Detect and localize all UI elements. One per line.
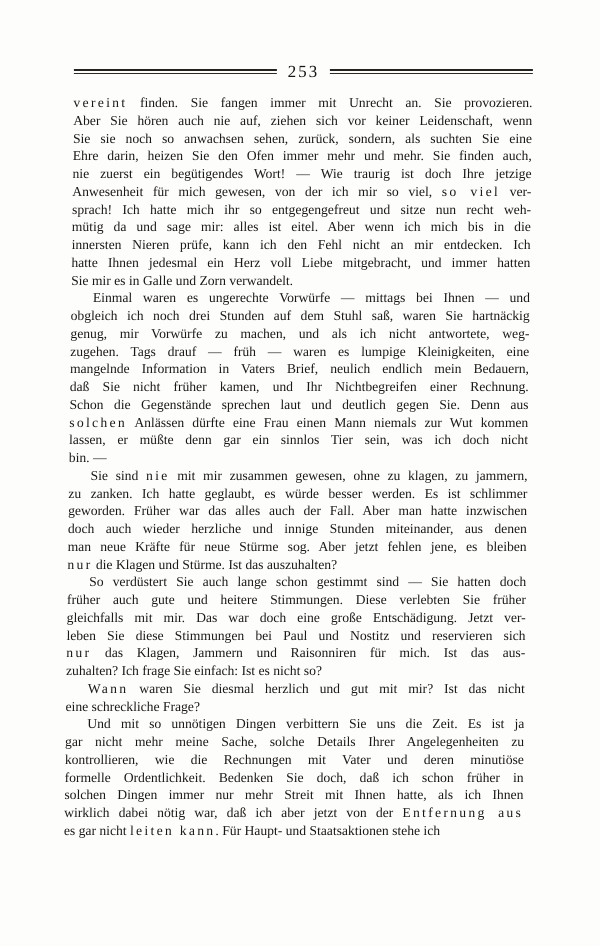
text-segment: So verdüstert Sie auch lange schon gesti… bbox=[89, 574, 526, 589]
book-page: 253 vereint finden. Sie fangen immer mit… bbox=[0, 0, 600, 946]
text-line: Anwesenheit für mich gewesen, von der ic… bbox=[72, 183, 531, 201]
text-segment: eine schreckliche Frage? bbox=[65, 699, 200, 714]
text-line: So verdüstert Sie auch lange schon gesti… bbox=[67, 573, 526, 591]
text-line: Schon die Gegenstände sprechen laut und … bbox=[69, 396, 528, 414]
text-segment: zugehen. Tags drauf — früh — waren es lu… bbox=[70, 344, 529, 359]
text-line: eine schreckliche Frage? bbox=[65, 698, 524, 716]
letterspaced-emphasis-text: nur bbox=[66, 645, 91, 660]
text-line: geworden. Früher war das alles auch der … bbox=[68, 502, 527, 520]
text-segment: waren Sie diesmal herzlich und gut mit m… bbox=[128, 681, 525, 696]
text-line: nie zuerst ein begütigendes Wort! — Wie … bbox=[72, 165, 531, 183]
letterspaced-emphasis-text: so viel bbox=[442, 184, 500, 199]
text-line: doch auch wieder herzliche und innige St… bbox=[68, 520, 527, 538]
text-line: gleichfalls mit mir. Das war doch eine g… bbox=[67, 609, 526, 627]
text-line: obgleich ich noch drei Stunden auf dem S… bbox=[71, 307, 530, 325]
text-line: innersten Nieren prüfe, kann ich den Feh… bbox=[72, 236, 531, 254]
text-segment: Sie sind bbox=[91, 468, 147, 483]
text-line: mütig da und sage mir: alles ist eitel. … bbox=[72, 218, 531, 236]
text-line: lassen, er müßte denn gar ein sinnlos Ti… bbox=[69, 431, 528, 449]
text-line: sprach! Ich hatte mich ihr so entgegenge… bbox=[72, 201, 531, 219]
text-line: Einmal waren es ungerechte Vorwürfe — mi… bbox=[71, 289, 530, 307]
text-segment: kontrollieren, wie die Rechnungen mit Va… bbox=[65, 752, 524, 767]
text-segment: Sie mir es in Galle und Zorn verwandelt. bbox=[71, 273, 293, 288]
text-segment: bin. — bbox=[69, 450, 107, 465]
letterspaced-emphasis-text: Entfernung aus bbox=[402, 805, 523, 820]
text-segment: finden. Sie fangen immer mit Unrecht an.… bbox=[127, 95, 532, 110]
text-line: zuhalten? Ich frage Sie einfach: Ist es … bbox=[66, 662, 525, 680]
text-line: mangelnde Information in Vaters Brief, n… bbox=[70, 360, 529, 378]
text-line: zugehen. Tags drauf — früh — waren es lu… bbox=[70, 343, 529, 361]
text-segment: nie zuerst ein begütigendes Wort! — Wie … bbox=[72, 166, 531, 181]
text-segment: ver- bbox=[500, 184, 531, 199]
text-segment: hatte Ihnen jedesmal ein Herz voll Liebe… bbox=[71, 255, 530, 270]
text-segment: Ehre darin, heizen Sie den Ofen immer me… bbox=[73, 148, 532, 163]
text-line: vereint finden. Sie fangen immer mit Unr… bbox=[73, 94, 532, 112]
text-segment: sprach! Ich hatte mich ihr so entgegenge… bbox=[72, 202, 531, 217]
text-segment: früher auch gute und heitere Stimmungen.… bbox=[67, 592, 526, 607]
letterspaced-emphasis-text: vereint bbox=[73, 95, 127, 110]
text-line: Ehre darin, heizen Sie den Ofen immer me… bbox=[73, 147, 532, 165]
text-segment: solchen Dingen immer nur mehr Streit mit… bbox=[64, 787, 523, 802]
text-segment: Anwesenheit für mich gewesen, von der ic… bbox=[72, 184, 442, 199]
text-segment: Und mit so unnötigen Dingen verbittern S… bbox=[87, 716, 524, 731]
text-line: man neue Kräfte für neue Stürme sog. Abe… bbox=[68, 538, 527, 556]
text-line: Sie sie noch so anwachsen sehen, zurück,… bbox=[73, 130, 532, 148]
text-line: solchen Anlässen dürfte eine Frau einen … bbox=[69, 414, 528, 432]
header-rule-right bbox=[330, 69, 533, 74]
text-segment: daß Sie nicht früher kamen, und Ihr Nich… bbox=[70, 379, 529, 394]
text-segment: mangelnde Information in Vaters Brief, n… bbox=[70, 361, 529, 376]
text-segment: . Für Haupt- und Staatsaktionen stehe ic… bbox=[215, 823, 440, 838]
text-segment: Einmal waren es ungerechte Vorwürfe — mi… bbox=[93, 290, 530, 305]
text-segment: mütig da und sage mir: alles ist eitel. … bbox=[72, 219, 531, 234]
paragraph: Und mit so unnötigen Dingen verbittern S… bbox=[64, 715, 525, 839]
letterspaced-emphasis-text: nur bbox=[67, 557, 92, 572]
paragraph: Wann waren Sie diesmal herzlich und gut … bbox=[65, 680, 524, 716]
text-segment: die Klagen und Stürme. Ist das auszuhalt… bbox=[92, 557, 337, 572]
text-line: formelle Ordentlichkeit. Bedenken Sie do… bbox=[65, 769, 524, 787]
paragraph: So verdüstert Sie auch lange schon gesti… bbox=[66, 573, 526, 680]
text-segment: gar nicht mehr meine Sache, solche Detai… bbox=[65, 734, 524, 749]
text-line: gar nicht mehr meine Sache, solche Detai… bbox=[65, 733, 524, 751]
text-segment: genug, mir Vorwürfe zu machen, und als i… bbox=[70, 326, 529, 341]
text-segment: Aber Sie hören auch nie auf, ziehen sich… bbox=[73, 113, 532, 128]
header-rule-left bbox=[74, 69, 277, 74]
paragraph: vereint finden. Sie fangen immer mit Unr… bbox=[71, 94, 533, 289]
text-segment: mit mir zusammen gewesen, ohne zu klagen… bbox=[169, 468, 527, 483]
text-segment: geworden. Früher war das alles auch der … bbox=[68, 503, 527, 518]
letterspaced-emphasis-text: Wann bbox=[88, 681, 129, 696]
text-line: es gar nicht leiten kann. Für Haupt- und… bbox=[64, 822, 523, 840]
page-content: 253 vereint finden. Sie fangen immer mit… bbox=[64, 63, 533, 840]
letterspaced-emphasis-text: solchen bbox=[69, 415, 127, 430]
text-segment: das Klagen, Jammern und Raisonniren für … bbox=[91, 645, 525, 660]
text-segment: innersten Nieren prüfe, kann ich den Feh… bbox=[72, 237, 531, 252]
text-segment: wirklich dabei nötig war, daß ich aber j… bbox=[64, 805, 402, 820]
page-header: 253 bbox=[74, 63, 533, 80]
text-line: wirklich dabei nötig war, daß ich aber j… bbox=[64, 804, 523, 822]
text-segment: Anlässen dürfte eine Frau einen Mann nie… bbox=[127, 415, 528, 430]
paragraph: Einmal waren es ungerechte Vorwürfe — mi… bbox=[69, 289, 530, 467]
text-segment: Sie sie noch so anwachsen sehen, zurück,… bbox=[73, 131, 532, 146]
text-segment: gleichfalls mit mir. Das war doch eine g… bbox=[67, 610, 526, 625]
text-line: zu zanken. Ich hatte geglaubt, es würde … bbox=[68, 485, 527, 503]
page-number: 253 bbox=[285, 63, 323, 80]
letterspaced-emphasis-text: nie bbox=[146, 468, 170, 483]
text-line: solchen Dingen immer nur mehr Streit mit… bbox=[64, 786, 523, 804]
text-segment: leben Sie diese Stimmungen bei Paul und … bbox=[66, 628, 525, 643]
text-segment: formelle Ordentlichkeit. Bedenken Sie do… bbox=[65, 770, 524, 785]
letterspaced-emphasis-text: leiten kann bbox=[130, 823, 216, 838]
text-segment: obgleich ich noch drei Stunden auf dem S… bbox=[71, 308, 530, 323]
text-line: Aber Sie hören auch nie auf, ziehen sich… bbox=[73, 112, 532, 130]
text-line: genug, mir Vorwürfe zu machen, und als i… bbox=[70, 325, 529, 343]
text-line: leben Sie diese Stimmungen bei Paul und … bbox=[66, 627, 525, 645]
text-line: Wann waren Sie diesmal herzlich und gut … bbox=[66, 680, 525, 698]
text-segment: es gar nicht bbox=[64, 823, 130, 838]
text-line: hatte Ihnen jedesmal ein Herz voll Liebe… bbox=[71, 254, 530, 272]
paragraph: Sie sind nie mit mir zusammen gewesen, o… bbox=[67, 467, 527, 574]
text-segment: doch auch wieder herzliche und innige St… bbox=[68, 521, 527, 536]
page-body: vereint finden. Sie fangen immer mit Unr… bbox=[64, 94, 533, 840]
text-segment: zuhalten? Ich frage Sie einfach: Ist es … bbox=[66, 663, 322, 678]
text-line: Sie sind nie mit mir zusammen gewesen, o… bbox=[68, 467, 527, 485]
text-segment: Schon die Gegenstände sprechen laut und … bbox=[69, 397, 528, 412]
text-line: Sie mir es in Galle und Zorn verwandelt. bbox=[71, 272, 530, 290]
text-line: kontrollieren, wie die Rechnungen mit Va… bbox=[65, 751, 524, 769]
text-segment: lassen, er müßte denn gar ein sinnlos Ti… bbox=[69, 432, 528, 447]
text-segment: man neue Kräfte für neue Stürme sog. Abe… bbox=[68, 539, 527, 554]
text-line: nur das Klagen, Jammern und Raisonniren … bbox=[66, 644, 525, 662]
text-line: daß Sie nicht früher kamen, und Ihr Nich… bbox=[70, 378, 529, 396]
text-segment: zu zanken. Ich hatte geglaubt, es würde … bbox=[68, 486, 527, 501]
text-line: früher auch gute und heitere Stimmungen.… bbox=[67, 591, 526, 609]
text-line: Und mit so unnötigen Dingen verbittern S… bbox=[65, 715, 524, 733]
text-line: bin. — bbox=[69, 449, 528, 467]
text-line: nur die Klagen und Stürme. Ist das auszu… bbox=[67, 556, 526, 574]
